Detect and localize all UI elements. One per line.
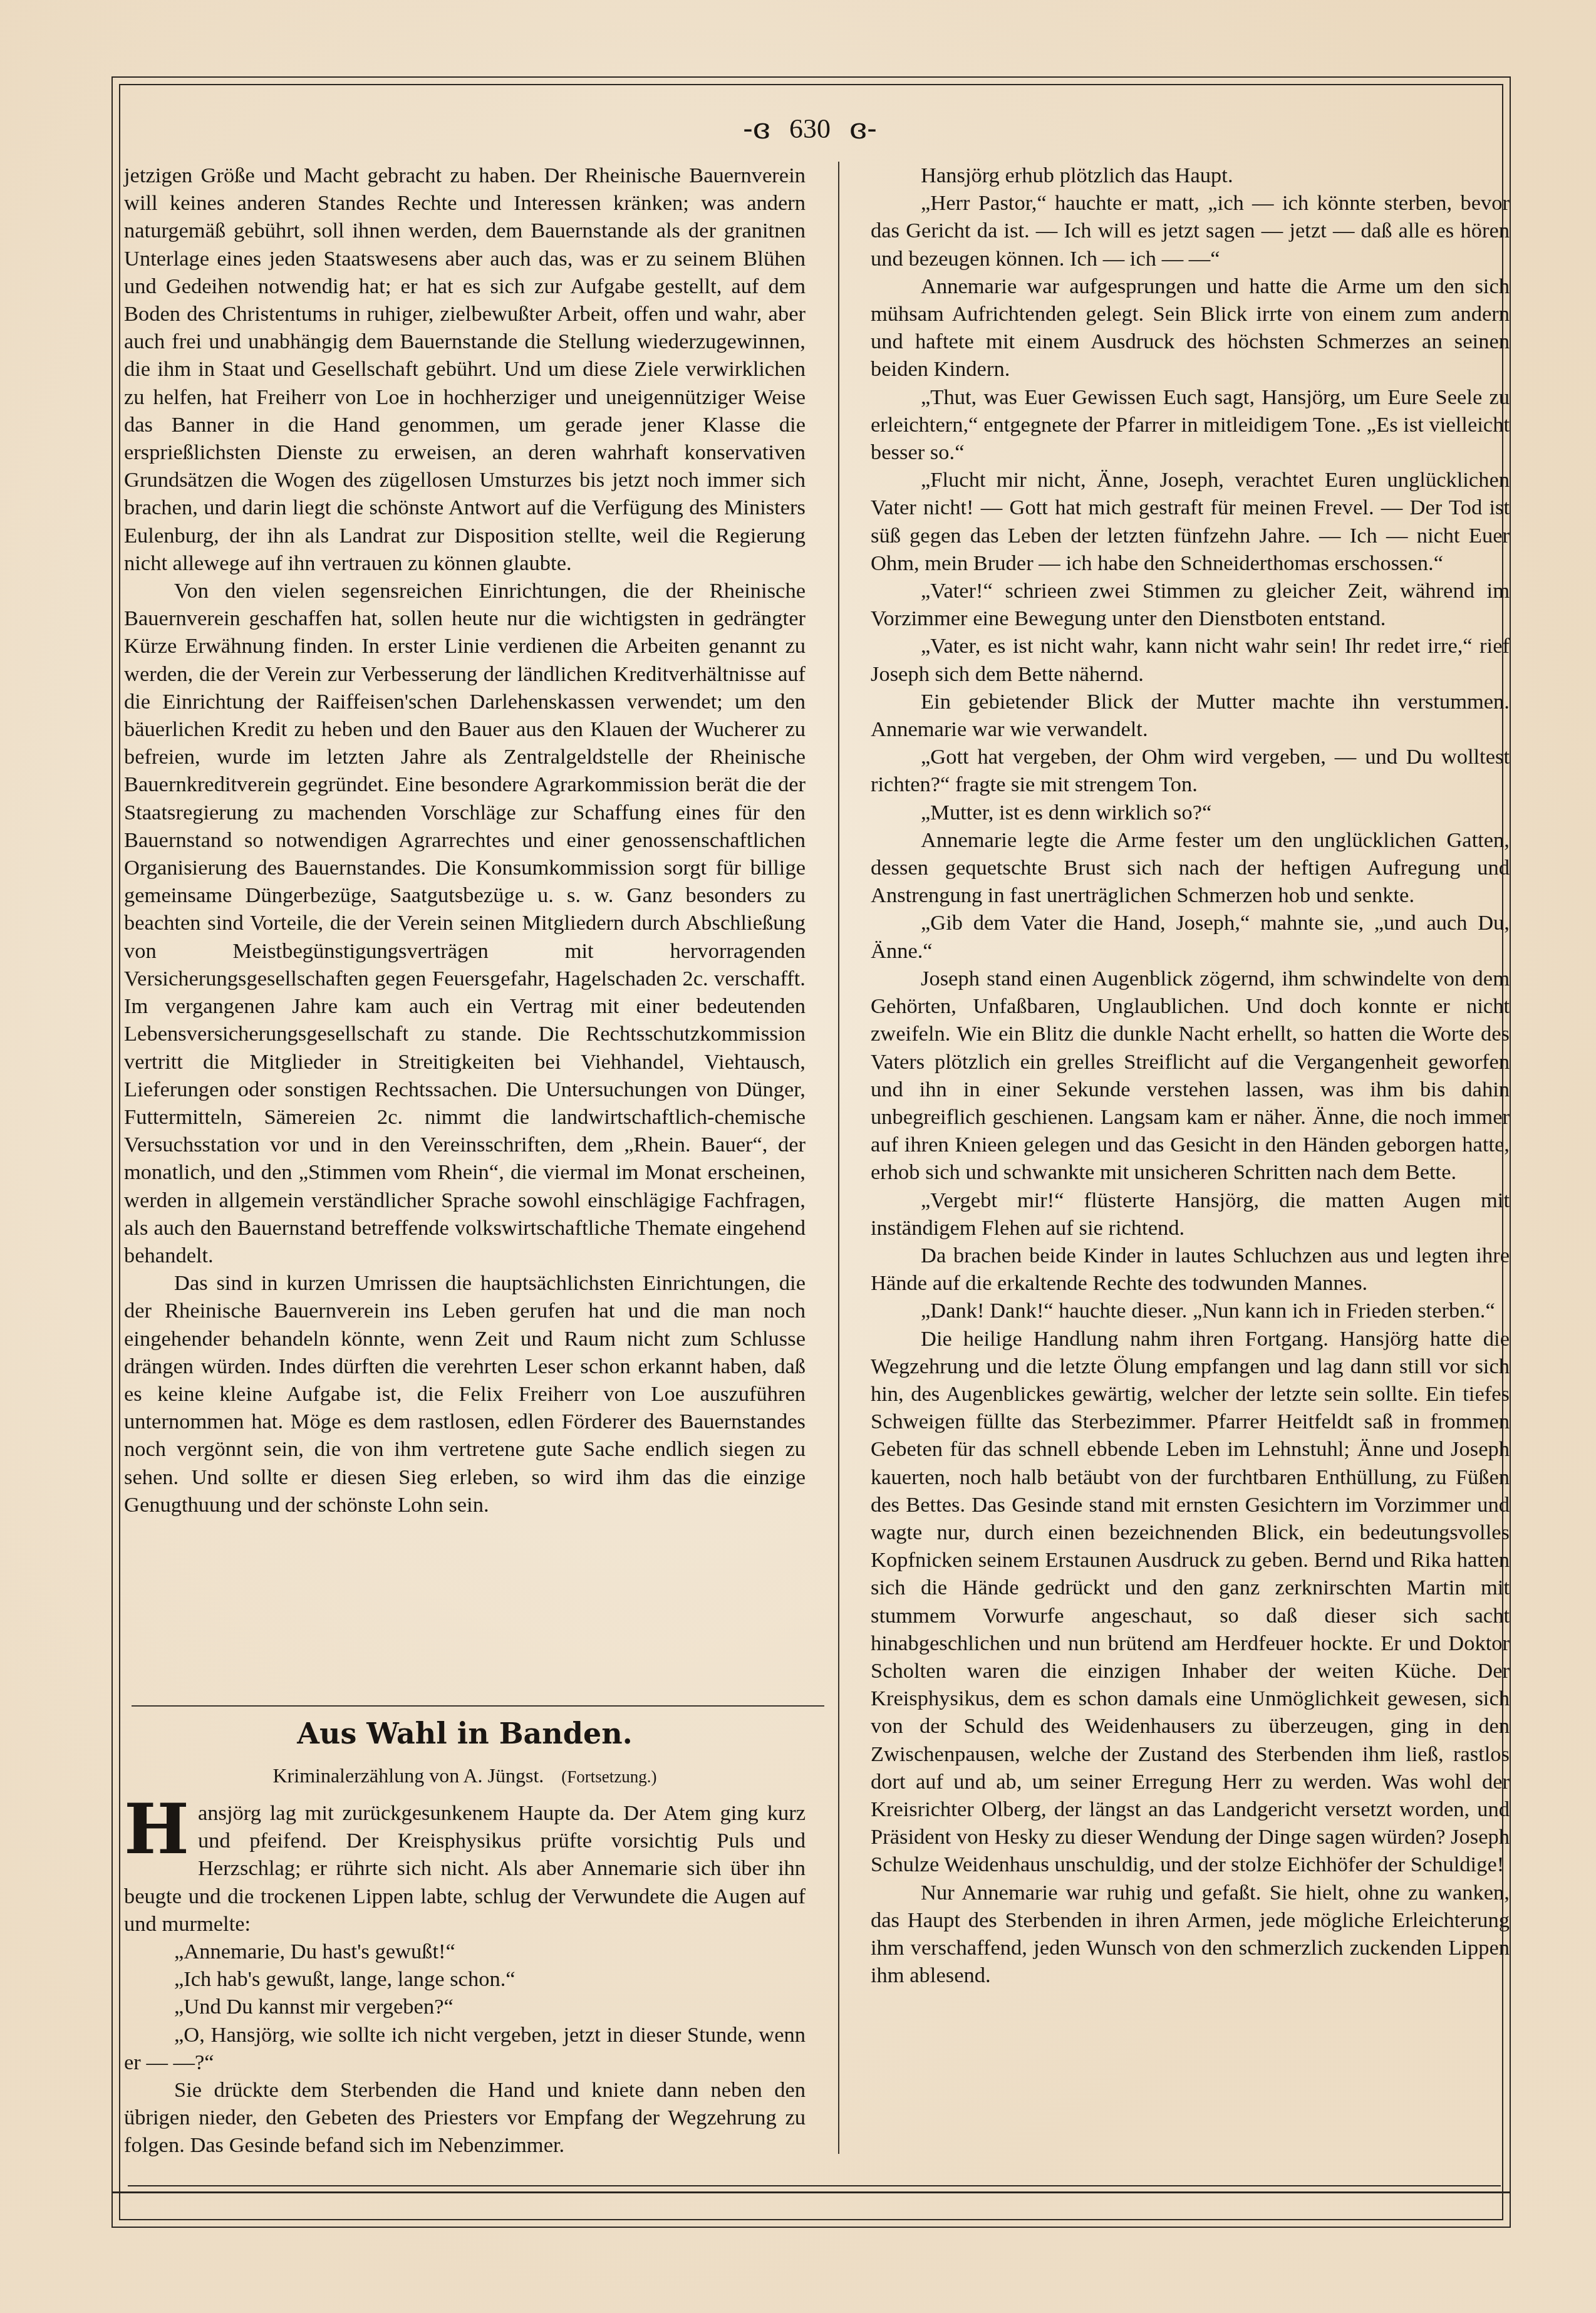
column-divider bbox=[838, 162, 839, 2154]
paragraph: Die heilige Handlung nahm ihren Fortgang… bbox=[871, 1325, 1510, 1879]
paragraph: „Herr Pastor,“ hauchte er matt, „ich — i… bbox=[871, 189, 1510, 273]
paragraph: Nur Annemarie war ruhig und gefaßt. Sie … bbox=[871, 1879, 1510, 1990]
paragraph: Da brachen beide Kinder in lautes Schluc… bbox=[871, 1242, 1510, 1297]
paragraph: jetzigen Größe und Macht gebracht zu hab… bbox=[124, 162, 806, 577]
paragraph: Annemarie legte die Arme fester um den u… bbox=[871, 826, 1510, 910]
page-number: 630 bbox=[789, 113, 831, 145]
paragraph: Annemarie war aufgesprungen und hatte di… bbox=[871, 273, 1510, 383]
story-first-paragraph: Hansjörg lag mit zurückgesunkenem Haupte… bbox=[124, 1799, 806, 1938]
paragraph: „Gib dem Vater die Hand, Joseph,“ mahnte… bbox=[871, 909, 1510, 964]
continuation-note: (Fortsetzung.) bbox=[561, 1767, 656, 1786]
paragraph: Ein gebietender Blick der Mutter machte … bbox=[871, 688, 1510, 743]
paragraph: „Vater, es ist nicht wahr, kann nicht wa… bbox=[871, 632, 1510, 687]
bottom-rule bbox=[128, 2185, 1501, 2186]
story-subtitle: Kriminalerzählung von A. Jüngst. bbox=[272, 1764, 544, 1787]
paragraph: Von den vielen segensreichen Einrichtung… bbox=[124, 577, 806, 1269]
left-column-article: jetzigen Größe und Macht gebracht zu hab… bbox=[124, 162, 806, 1519]
paragraph: Hansjörg erhub plötzlich das Haupt. bbox=[871, 162, 1510, 189]
story-body: Hansjörg lag mit zurückgesunkenem Haupte… bbox=[124, 1799, 806, 2160]
paragraph: „O, Hansjörg, wie sollte ich nicht verge… bbox=[124, 2021, 806, 2076]
paragraph: „Flucht mir nicht, Änne, Joseph, veracht… bbox=[871, 466, 1510, 577]
page-header: -ɞ 630 ɞ- bbox=[119, 100, 1501, 157]
paragraph: Sie drückte dem Sterbenden die Hand und … bbox=[124, 2076, 806, 2160]
paragraph: „Mutter, ist es denn wirklich so?“ bbox=[871, 799, 1510, 826]
paragraph: „Gott hat vergeben, der Ohm wird vergebe… bbox=[871, 743, 1510, 798]
paragraph: „Vergebt mir!“ flüsterte Hansjörg, die m… bbox=[871, 1187, 1510, 1242]
paragraph: „Vater!“ schrieen zwei Stimmen zu gleich… bbox=[871, 577, 1510, 632]
drop-cap: H bbox=[124, 1802, 189, 1857]
paragraph: „Und Du kannst mir vergeben?“ bbox=[124, 1993, 806, 2020]
paragraph: „Thut, was Euer Gewissen Euch sagt, Hans… bbox=[871, 383, 1510, 467]
paragraph: „Ich hab's gewußt, lange, lange schon.“ bbox=[124, 1965, 806, 1993]
bottom-rule bbox=[111, 2191, 1510, 2193]
story-title: Aus Wahl in Banden. bbox=[124, 1717, 806, 1750]
paragraph: „Dank! Dank!“ hauchte dieser. „Nun kann … bbox=[871, 1297, 1510, 1324]
ornament-left-icon: -ɞ bbox=[743, 114, 770, 143]
paragraph: Joseph stand einen Augenblick zögernd, i… bbox=[871, 965, 1510, 1187]
paragraph: Das sind in kurzen Umrissen die hauptsäc… bbox=[124, 1269, 806, 1519]
paragraph-text: ansjörg lag mit zurückgesunkenem Haupte … bbox=[124, 1801, 806, 1936]
paragraph: „Annemarie, Du hast's gewußt!“ bbox=[124, 1938, 806, 1965]
section-divider bbox=[132, 1705, 824, 1707]
story-byline: Kriminalerzählung von A. Jüngst. (Fortse… bbox=[124, 1764, 806, 1787]
ornament-right-icon: ɞ- bbox=[849, 114, 877, 143]
right-column-story: Hansjörg erhub plötzlich das Haupt. „Her… bbox=[871, 162, 1510, 1989]
